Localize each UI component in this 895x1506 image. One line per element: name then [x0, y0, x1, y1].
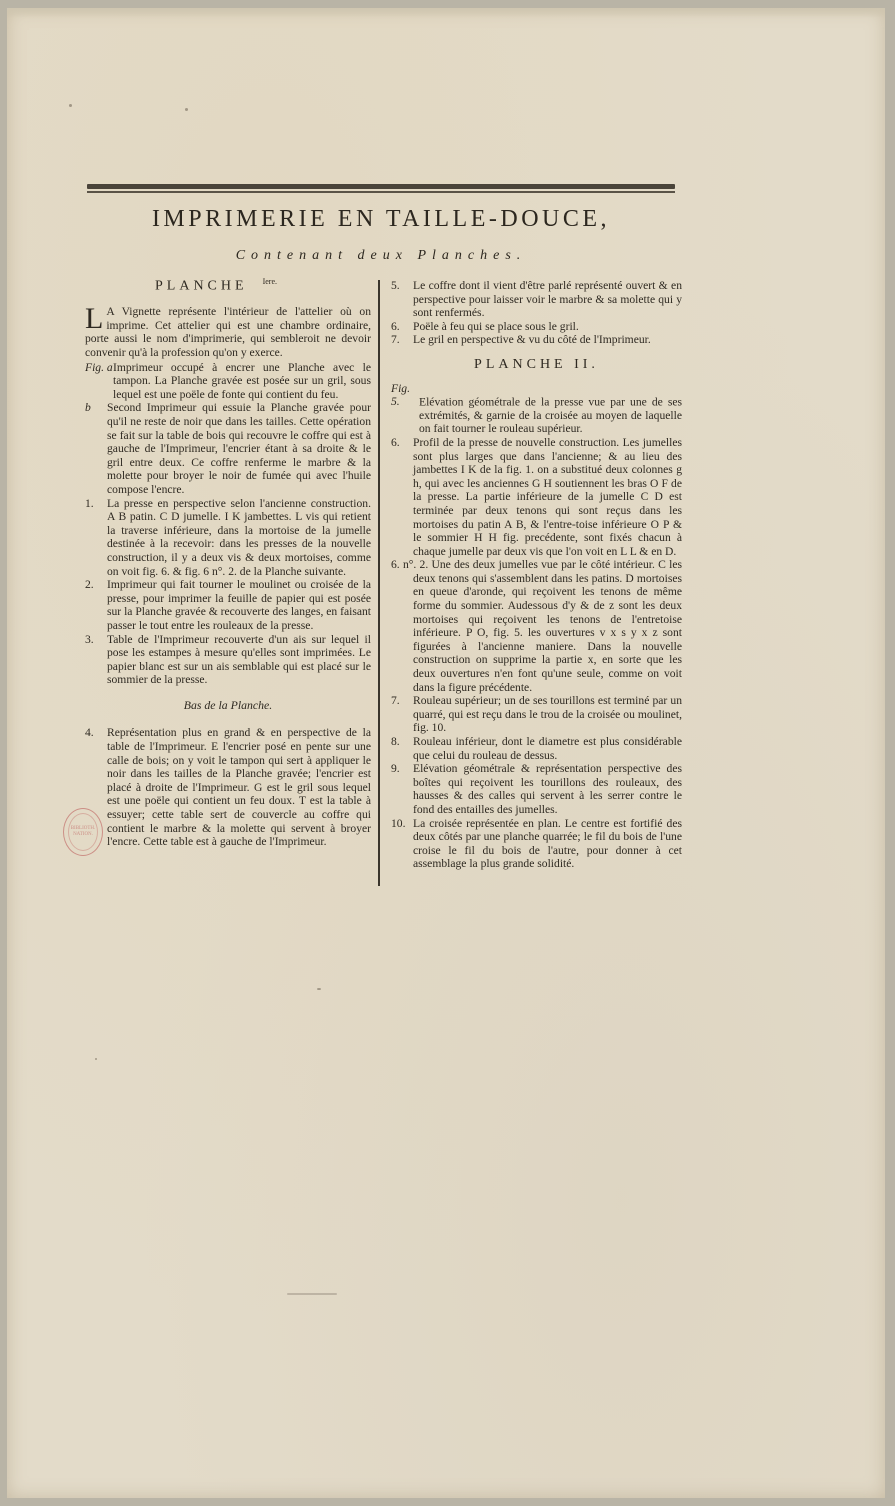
paper-speck [287, 1293, 337, 1295]
paper-speck [317, 988, 321, 990]
right-column: 5.Le coffre dont il vient d'être parlé r… [391, 279, 682, 871]
list-item: Fig. aImprimeur occupé à encrer une Plan… [85, 361, 371, 402]
list-item: 4.Représentation plus en grand & en pers… [85, 726, 371, 848]
column-divider [378, 280, 380, 886]
header-rule-thick [87, 184, 675, 189]
list-item: 3.Table de l'Imprimeur recouverte d'un a… [85, 633, 371, 687]
header-rule-thin [87, 191, 675, 193]
list-item: bSecond Imprimeur qui essuie la Planche … [85, 401, 371, 496]
paper-speck [95, 1058, 97, 1060]
library-stamp-icon: BIBLIOTH. NATION. [63, 808, 103, 856]
list-item: 10.La croisée représentée en plan. Le ce… [391, 817, 682, 871]
paper-speck [185, 108, 188, 111]
list-item: 6. n°. 2. Une des deux jumelles vue par … [391, 558, 682, 694]
list-item: 6.Profil de la presse de nouvelle constr… [391, 436, 682, 558]
list-item: 8.Rouleau inférieur, dont le diametre es… [391, 735, 682, 762]
left-column: PLANCHE Iere. LA Vignette représente l'i… [85, 273, 371, 849]
list-item: Fig. 5.Elévation géométrale de la presse… [391, 382, 682, 436]
paper-speck [69, 104, 72, 107]
list-item: 2.Imprimeur qui fait tourner le moulinet… [85, 578, 371, 632]
list-item: 1.La presse en perspective selon l'ancie… [85, 497, 371, 579]
document-subtitle: Contenant deux Planches. [87, 248, 675, 264]
intro-paragraph: LA Vignette représente l'intérieur de l'… [85, 305, 371, 359]
list-item: 9.Elévation géométrale & représentation … [391, 762, 682, 816]
list-item: 5.Le coffre dont il vient d'être parlé r… [391, 279, 682, 320]
list-item: 7.Le gril en perspective & vu du côté de… [391, 333, 682, 347]
list-item: 7.Rouleau supérieur; un de ses tourillon… [391, 694, 682, 735]
plate-1-heading: PLANCHE Iere. [85, 275, 371, 293]
document-page: IMPRIMERIE EN TAILLE-DOUCE, Contenant de… [7, 8, 885, 1498]
document-title: IMPRIMERIE EN TAILLE-DOUCE, [87, 206, 675, 233]
plate-2-heading: PLANCHE II. [391, 358, 682, 372]
list-item: 6.Poële à feu qui se place sous le gril. [391, 320, 682, 334]
section-label-bottom: Bas de la Planche. [85, 699, 371, 713]
drop-cap: L [85, 307, 103, 331]
